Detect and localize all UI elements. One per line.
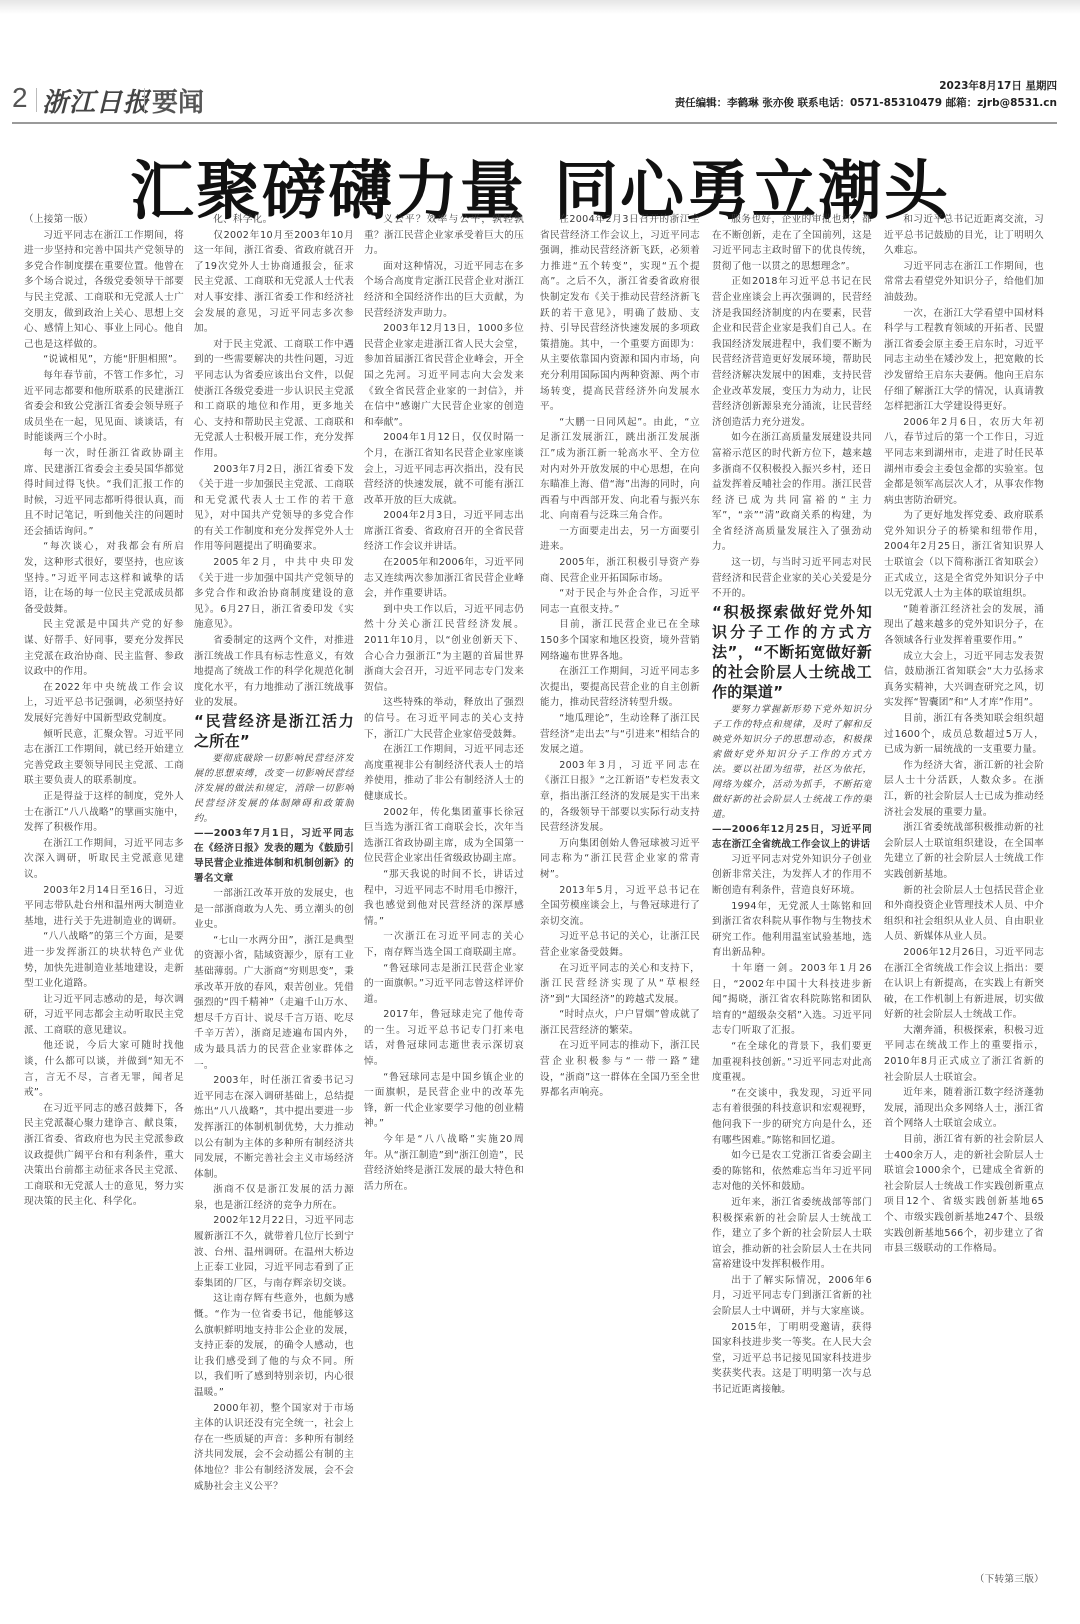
issue-meta: 2023年8月17日 星期四 责任编辑：李鹤琳 张亦俊 联系电话：0571-85…: [675, 78, 1057, 112]
article-paragraph: 今年是“八八战略”实施20周年。从“浙江制造”到“浙江创造”，民营经济始终是浙江…: [364, 1132, 524, 1194]
article-paragraph: 习近平总书记的关心，让浙江民营企业家备受鼓舞。: [540, 929, 700, 960]
section-subhead: “积极探索做好党外知识分子工作的方式方法”，“不断拓宽做好新的社会阶层人士统战工…: [712, 602, 872, 702]
article-paragraph: 近年来，随着浙江数字经济蓬勃发展，涌现出众多网络人士，浙江省首个网络人士联谊会成…: [884, 1085, 1044, 1132]
article-paragraph: 习近平同志在浙江工作期间，将进一步坚持和完善中国共产党领导的多党合作制度摆在重要…: [24, 228, 184, 353]
article-paragraph: 1994年，无党派人士陈铭和回到浙江省农科院从事作物与生物技术研究工作。他利用温…: [712, 899, 872, 961]
pull-quote: 要彻底破除一切影响民营经济发展的思想束缚，改变一切影响民营经济发展的做法和规定，…: [194, 751, 354, 826]
article-paragraph: 2003年2月14日至16日，习近平同志带队赴台州和温州两大制造业基地，进行关于…: [24, 883, 184, 930]
section-name: 要闻: [152, 82, 204, 119]
article-paragraph: “时时点火，户户冒烟”曾成就了浙江民营经济的繁荣。: [540, 1007, 700, 1038]
article-paragraph: 习近平同志在浙江工作期间，也常常去看望党外知识分子，给他们加油鼓劲。: [884, 259, 1044, 306]
article-paragraph: 2015年，丁明明受邀请，获得国家科技进步奖一等奖。在人民大会堂，习近平总书记接…: [712, 1320, 872, 1398]
article-paragraph: 在2022年中央统战工作会议上，习近平总书记强调，必须坚持好发展好完善好中国新型…: [24, 680, 184, 727]
issue-date: 2023年8月17日 星期四: [675, 78, 1057, 95]
continued-note-wrap: （下转第三版）: [884, 1572, 1044, 1592]
article-paragraph: “在交谈中，我发现，习近平同志有着很强的科技意识和宏观视野，他问我下一步的研究方…: [712, 1086, 872, 1148]
article-paragraph: 成立大会上，习近平同志发表贺信，鼓励浙江省知联会“大力弘扬求真务实精神，大兴调查…: [884, 649, 1044, 711]
article-paragraph: 习近平同志对党外知识分子创业创新非常关注，为发挥人才的作用不断创造有利条件，营造…: [712, 852, 872, 899]
article-paragraph: 在浙江工作期间，习近平同志多次提出，要提高民营企业的自主创新能力，推动民营经济转…: [540, 664, 700, 711]
article-paragraph: 让习近平同志感动的是，每次调研，习近平同志都会主动听取民主党派、工商联的意见建议…: [24, 992, 184, 1039]
article-paragraph: 2006年12月26日，习近平同志在浙江全省统战工作会议上指出：要在认识上有新提…: [884, 945, 1044, 1023]
article-paragraph: 民主党派是中国共产党的好参谋、好帮手、好同事，要充分发挥民主党派在政治协商、民主…: [24, 617, 184, 679]
article-paragraph: 面对这种情况，习近平同志在多个场合高度肯定浙江民营企业对浙江经济和全国经济作出的…: [364, 259, 524, 321]
article-paragraph: 在2004年2月3日召开的浙江全省民营经济工作会议上，习近平同志强调，推动民营经…: [540, 212, 700, 415]
article-paragraph: 浙商不仅是浙江发展的活力源泉，也是浙江经济的竞争力所在。: [194, 1182, 354, 1213]
article-paragraph: 2003年3月，习近平同志在《浙江日报》“之江新语”专栏发表文章，指出浙江经济的…: [540, 758, 700, 836]
article-column-4: 在2004年2月3日召开的浙江全省民营经济工作会议上，习近平同志强调，推动民营经…: [540, 212, 700, 1602]
article-paragraph: 2013年5月，习近平总书记在全国劳模座谈会上，与鲁冠球进行了亲切交流。: [540, 883, 700, 930]
article-paragraph: 2002年，传化集团董事长徐冠巨当选为浙江省工商联会长，次年当选浙江省政协副主席…: [364, 805, 524, 867]
article-paragraph: 如今已是农工党浙江省委会副主委的陈铭和，依然难忘当年习近平同志对他的关怀和鼓励。: [712, 1148, 872, 1195]
article-column-6: 和习近平总书记近距离交流，习近平总书记鼓励的目光，让丁明明久久难忘。习近平同志在…: [884, 212, 1044, 1567]
article-paragraph: 2003年12月13日，1000多位民营企业家走进浙江省人民大会堂，参加首届浙江…: [364, 321, 524, 430]
article-paragraph: 对于民主党派、工商联工作中遇到的一些需要解决的共性问题，习近平同志认为省委应该出…: [194, 337, 354, 462]
article-paragraph: 目前，浙江省有新的社会阶层人士400余万人，走的新社会阶层人士联谊会1000余个…: [884, 1132, 1044, 1257]
article-paragraph: 这一切，与当时习近平同志对民营经济和民营企业家的关心关爱是分不开的。: [712, 555, 872, 602]
top-shade: [0, 0, 1080, 14]
article-paragraph: 2005年，浙江积极引导资产券商、民营企业开拓国际市场。: [540, 555, 700, 586]
article-paragraph: “鲁冠球同志是中国乡镇企业的一面旗帜，是民营企业中的改革先锋，新一代企业家要学习…: [364, 1070, 524, 1132]
page-number: 2: [12, 82, 28, 114]
article-paragraph: 作为经济大省，浙江新的社会阶层人士十分活跃，人数众多。在浙江，新的社会阶层人士已…: [884, 758, 1044, 820]
article-paragraph: 2004年2月3日，习近平同志出席浙江省委、省政府召开的全省民营经济工作会议并讲…: [364, 508, 524, 555]
article-column-5: 服务也好，企业的审批也好，都在不断创新，走在了全国前列，这是习近平同志主政时留下…: [712, 212, 872, 1602]
article-paragraph: 2017年，鲁冠球走完了他传奇的一生。习近平总书记专门打来电话，对鲁冠球同志逝世…: [364, 1007, 524, 1069]
article-paragraph: 一次，在浙江大学看望中国材料科学与工程教育领域的开拓者、民盟浙江省委会原主委王启…: [884, 306, 1044, 415]
article-paragraph: 省委制定的这两个文件，对推进浙江统战工作具有标志性意义，有效地提高了统战工作的科…: [194, 633, 354, 711]
article-paragraph: “鲁冠球同志是浙江民营企业家的一面旗帜。”习近平同志曾这样评价道。: [364, 961, 524, 1008]
article-paragraph: 化、科学化。: [194, 212, 354, 228]
article-paragraph: 为了更好地发挥党委、政府联系党外知识分子的桥梁和纽带作用，2004年2月25日，…: [884, 508, 1044, 602]
newspaper-logo: 浙江日报: [42, 82, 150, 119]
article-paragraph: 近年来，浙江省委统战部等部门积极探索新的社会阶层人士统战工作，建立了多个新的社会…: [712, 1195, 872, 1273]
article-paragraph: 在2005年和2006年，习近平同志又连续两次参加浙江省民营企业峰会，并作重要讲…: [364, 555, 524, 602]
article-paragraph: 每一次，时任浙江省政协副主席、民建浙江省委会主委吴国华都觉得时间过得飞快。“我们…: [24, 446, 184, 540]
divider: [36, 88, 37, 112]
article-paragraph: “大鹏一日同风起”。由此，“立足浙江发展浙江，跳出浙江发展浙江”成为浙江新一轮高…: [540, 415, 700, 524]
section-subhead: “民营经济是浙江活力之所在”: [194, 711, 354, 751]
article-paragraph: “随着浙江经济社会的发展，涌现出了越来越多的党外知识分子，在各领域各行业发挥着重…: [884, 602, 1044, 649]
article-paragraph: “那天我说的时间不长，讲话过程中，习近平同志不时用毛巾擦汗，我也感觉到他对民营经…: [364, 867, 524, 929]
article-paragraph: 他还说，今后大家可随时找他谈，什么都可以谈，并做到“知无不言，言无不尽，言者无罪…: [24, 1038, 184, 1100]
article-paragraph: 如今在浙江高质量发展建设共同富裕示范区的时代新方位下，越来越多浙商不仅积极投入振…: [712, 430, 872, 555]
article-column-3: 义公平？效率与公平，孰轻孰重？浙江民营企业家承受着巨大的压力。面对这种情况，习近…: [364, 212, 524, 1602]
article-paragraph: 出于了解实际情况，2006年6月，习近平同志专门到浙江省新的社会阶层人士中调研，…: [712, 1273, 872, 1320]
quote-source: ——2003年7月1日，习近平同志在《经济日报》发表的题为《鼓励引导民营企业推进…: [194, 826, 354, 886]
article-paragraph: 2003年7月2日，浙江省委下发《关于进一步加强民主党派、工商联和无党派代表人士…: [194, 462, 354, 556]
article-paragraph: 服务也好，企业的审批也好，都在不断创新，走在了全国前列，这是习近平同志主政时留下…: [712, 212, 872, 274]
article-paragraph: 万向集团创始人鲁冠球被习近平同志称为“浙江民营企业家的常青树”。: [540, 836, 700, 883]
article-paragraph: 十年磨一剑。2003年1月26日，“2002年中国十大科技进步新闻”揭晓，浙江省…: [712, 961, 872, 1039]
article-paragraph: 正如2018年习近平总书记在民营企业座谈会上再次强调的，民营经济是我国经济制度的…: [712, 274, 872, 430]
article-paragraph: “每次谈心，对我都会有所启发，这种形式很好，要坚持，也应该坚持。”习近平同志这样…: [24, 539, 184, 617]
article-paragraph: 目前，浙江有各类知联会组织超过1600个，成员总数超过5万人，已成为新一届统战的…: [884, 711, 1044, 758]
article-paragraph: “八八战略”的第三个方面，是要进一步发挥浙江的块状特色产业优势，加快先进制造业基…: [24, 929, 184, 991]
continued-note: （下转第三版）: [884, 1572, 1044, 1588]
article-paragraph: 在习近平同志的感召鼓舞下，各民主党派凝心聚力建诤言、献良策，浙江省委、省政府也为…: [24, 1101, 184, 1210]
masthead: 2 浙江日报 要闻 2023年8月17日 星期四 责任编辑：李鹤琳 张亦俊 联系…: [12, 78, 1057, 124]
article-paragraph: 2004年1月12日，仅仅时隔一个月，在浙江省知名民营企业家座谈会上，习近平同志…: [364, 430, 524, 508]
article-paragraph: 新的社会阶层人士包括民营企业和外商投资企业管理技术人员、中介组织和社会组织从业人…: [884, 883, 1044, 945]
article-paragraph: 倾听民意，汇聚众智。习近平同志在浙江工作期间，就已经开始建立完善党政主要领导同民…: [24, 727, 184, 789]
article-paragraph: “对于民企与外企合作，习近平同志一直很支持。”: [540, 586, 700, 617]
article-paragraph: 2005年2月，中共中央印发《关于进一步加强中国共产党领导的多党合作和政治协商制…: [194, 555, 354, 633]
quote-source: ——2006年12月25日，习近平同志在浙江全省统战工作会议上的讲话: [712, 822, 872, 852]
article-paragraph: 在习近平同志的关心和支持下，浙江民营经济实现了从“草根经济”到“大国经济”的跨越…: [540, 961, 700, 1008]
editor-contact: 责任编辑：李鹤琳 张亦俊 联系电话：0571-85310479 邮箱：zjrb@…: [675, 95, 1057, 112]
article-paragraph: 这让南存辉有些意外，也颇为感慨。“作为一位省委书记，他能够这么旗帜鲜明地支持非公…: [194, 1291, 354, 1400]
article-paragraph: 一部浙江改革开放的发展史，也是一部浙商敢为人先、勇立潮头的创业史。: [194, 886, 354, 933]
article-paragraph: （上接第一版）: [24, 212, 184, 228]
article-paragraph: “七山一水两分田”，浙江是典型的资源小省，陆域资源少，原有工业基础薄弱。广大浙商…: [194, 933, 354, 1073]
article-paragraph: 在浙江工作期间，习近平同志还高度重视非公有制经济代表人士的培养使用，推动了非公有…: [364, 742, 524, 804]
article-paragraph: 一次浙江在习近平同志的关心下，南存辉当选全国工商联副主席。: [364, 929, 524, 960]
article-paragraph: 2002年12月22日，习近平同志履新浙江不久，就带着几位厅长到宁波、台州、温州…: [194, 1213, 354, 1291]
article-paragraph: 大潮奔涌，积极探索，积极习近平同志在统战工作上的重要指示，2010年8月正式成立…: [884, 1023, 1044, 1085]
article-paragraph: 正是得益于这样的制度，党外人士在浙江“八八战略”的擘画实施中，发挥了积极作用。: [24, 789, 184, 836]
article-paragraph: 在浙江工作期间，习近平同志多次深入调研，听取民主党派意见建议。: [24, 836, 184, 883]
pull-quote: 要努力掌握新形势下党外知识分子工作的特点和规律，及时了解和反映党外知识分子的思想…: [712, 702, 872, 822]
article-column-1: （上接第一版）习近平同志在浙江工作期间，将进一步坚持和完善中国共产党领导的多党合…: [24, 212, 184, 1602]
article-paragraph: “地瓜理论”，生动诠释了浙江民营经济“走出去”与“引进来”相结合的发展之道。: [540, 711, 700, 758]
article-paragraph: “在全球化的背景下，我们要更加重视科技创新。”习近平同志对此高度重视。: [712, 1039, 872, 1086]
article-paragraph: 2003年，时任浙江省委书记习近平同志在深入调研基础上，总结提炼出“八八战略”，…: [194, 1073, 354, 1182]
article-paragraph: 义公平？效率与公平，孰轻孰重？浙江民营企业家承受着巨大的压力。: [364, 212, 524, 259]
article-paragraph: 在习近平同志的推动下，浙江民营企业积极参与“一带一路”建设，“浙商”这一群体在全…: [540, 1038, 700, 1100]
article-paragraph: 仅2002年10月至2003年10月这一年间，浙江省委、省政府就召开了19次党外…: [194, 228, 354, 337]
article-paragraph: “说诚相见”，方能“肝胆相照”。: [24, 352, 184, 368]
article-paragraph: 到中央工作以后，习近平同志仍然十分关心浙江民营经济发展。2011年10月，以“创…: [364, 602, 524, 696]
divider: [144, 88, 145, 112]
article-paragraph: 每年春节前，不管工作多忙，习近平同志都要和他所联系的民建浙江省委会和致公党浙江省…: [24, 368, 184, 446]
article-paragraph: 浙江省委统战部积极推动新的社会阶层人士联谊组织建设，在全国率先建立了新的社会阶层…: [884, 820, 1044, 882]
article-paragraph: 这些特殊的举动，释放出了强烈的信号。在习近平同志的关心支持下，浙江广大民营企业家…: [364, 695, 524, 742]
article-paragraph: 2006年2月6日，农历大年初八，春节过后的第一个工作日，习近平同志来到湖州市，…: [884, 415, 1044, 509]
article-paragraph: 2000年初，整个国家对于市场主体的认识还没有完全统一，社会上存在一些质疑的声音…: [194, 1401, 354, 1495]
article-paragraph: 目前，浙江民营企业已在全球150多个国家和地区投资，境外营销网络遍布世界各地。: [540, 617, 700, 664]
article-paragraph: 和习近平总书记近距离交流，习近平总书记鼓励的目光，让丁明明久久难忘。: [884, 212, 1044, 259]
article-paragraph: 一方面要走出去，另一方面要引进来。: [540, 524, 700, 555]
article-column-2: 化、科学化。仅2002年10月至2003年10月这一年间，浙江省委、省政府就召开…: [194, 212, 354, 1602]
